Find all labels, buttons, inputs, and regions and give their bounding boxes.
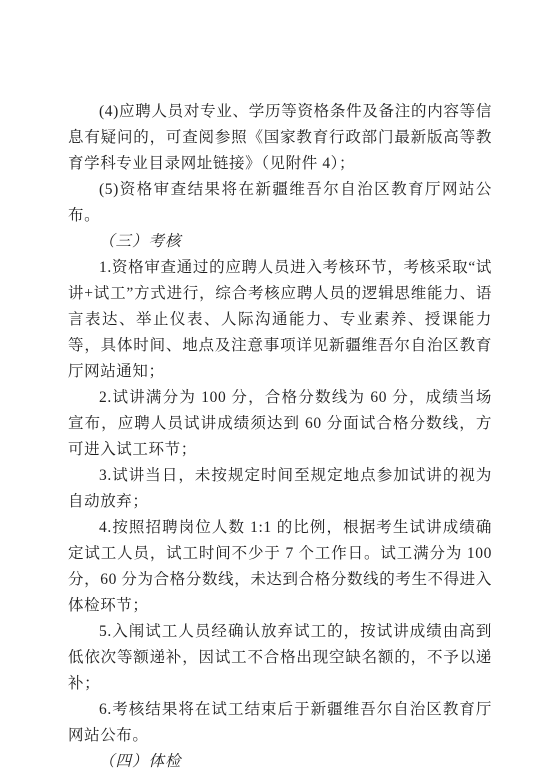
assessment-clause-3: 3.试讲当日，未按规定时间至规定地点参加试讲的视为自动放弃；	[68, 463, 492, 515]
assessment-clause-4: 4.按照招聘岗位人数 1:1 的比例，根据考生试讲成绩确定试工人员，试工时间不少…	[68, 515, 492, 619]
paragraph-item-5: (5)资格审查结果将在新疆维吾尔自治区教育厅网站公布。	[68, 177, 492, 229]
section-heading-physical-exam: （四）体检	[68, 749, 492, 775]
assessment-clause-6: 6.考核结果将在试工结束后于新疆维吾尔自治区教育厅网站公布。	[68, 697, 492, 749]
section-heading-assessment: （三）考核	[68, 229, 492, 255]
assessment-clause-5: 5.入闱试工人员经确认放弃试工的，按试讲成绩由高到低依次等额递补，因试工不合格出…	[68, 619, 492, 697]
paragraph-item-4: (4)应聘人员对专业、学历等资格条件及备注的内容等信息有疑问的，可查阅参照《国家…	[68, 99, 492, 177]
document-body: (4)应聘人员对专业、学历等资格条件及备注的内容等信息有疑问的，可查阅参照《国家…	[68, 99, 492, 775]
document-page: (4)应聘人员对专业、学历等资格条件及备注的内容等信息有疑问的，可查阅参照《国家…	[0, 0, 554, 784]
assessment-clause-1: 1.资格审查通过的应聘人员进入考核环节，考核采取“试讲+试工”方式进行，综合考核…	[68, 255, 492, 385]
assessment-clause-2: 2.试讲满分为 100 分，合格分数线为 60 分，成绩当场宣布，应聘人员试讲成…	[68, 385, 492, 463]
